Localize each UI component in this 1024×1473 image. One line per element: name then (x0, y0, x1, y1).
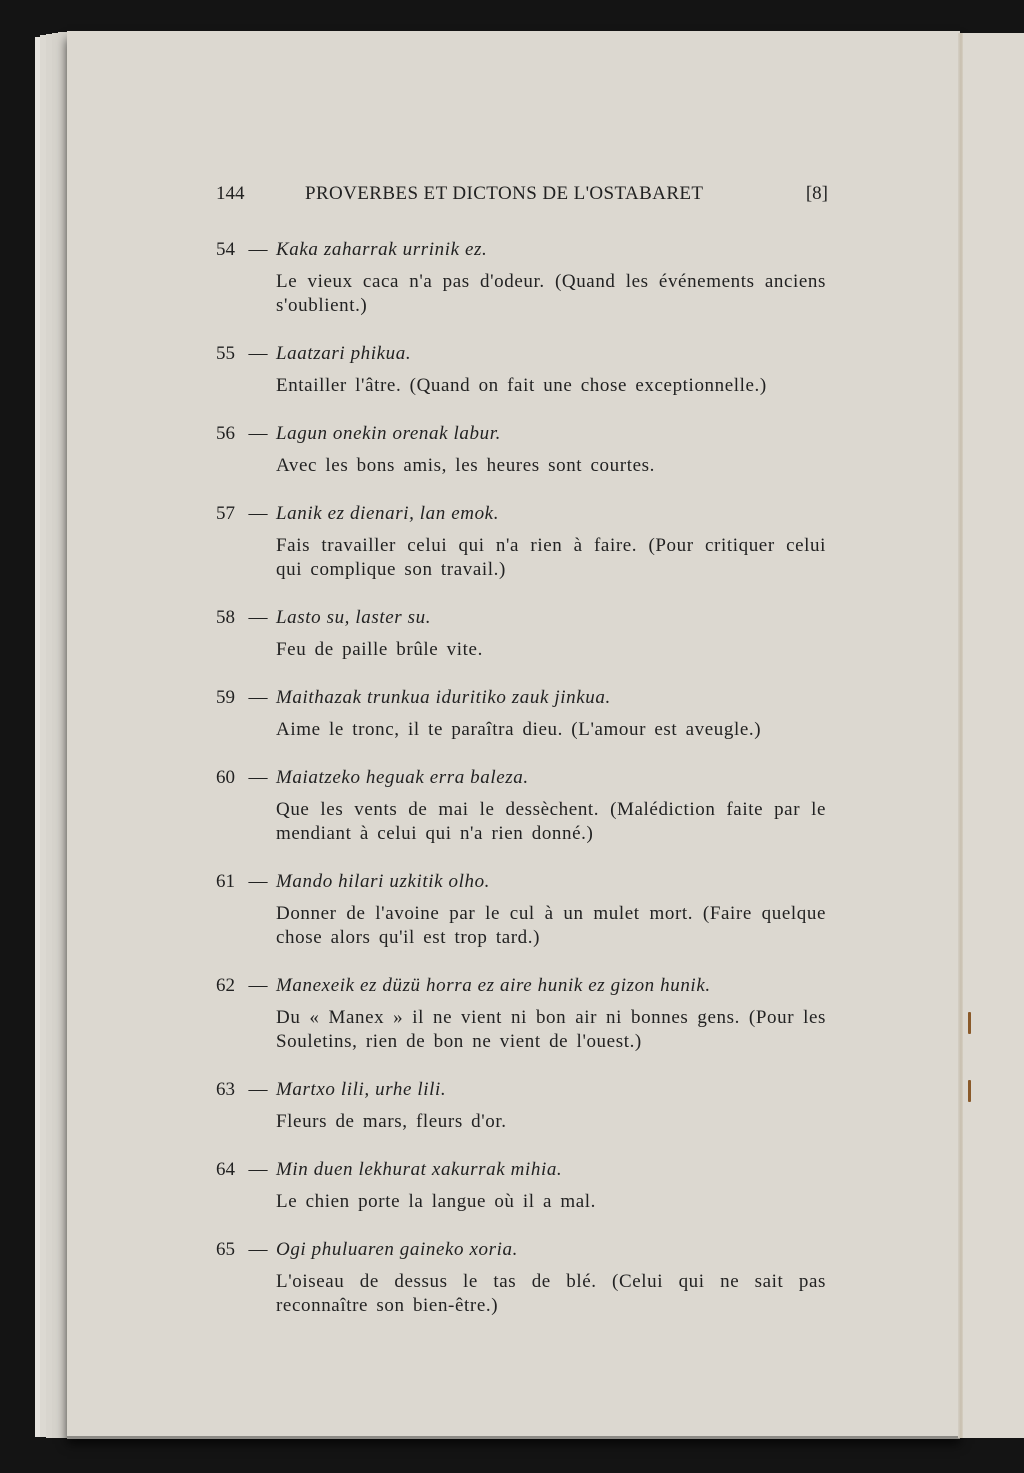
em-dash: — (240, 1158, 276, 1182)
proverb-number: 59 (216, 686, 240, 710)
em-dash: — (240, 686, 276, 710)
french-translation: Donner de l'avoine par le cul à un mulet… (276, 902, 826, 950)
french-translation: Avec les bons amis, les heures sont cour… (276, 454, 826, 478)
french-translation: Fais travailler celui qui n'a rien à fai… (276, 534, 826, 582)
proverb-number: 61 (216, 870, 240, 894)
em-dash: — (240, 1238, 276, 1262)
page-stain (968, 1012, 971, 1034)
basque-proverb: Lanik ez dienari, lan emok. (276, 503, 499, 524)
page-number: 144 (216, 183, 245, 205)
basque-proverb: Lasto su, laster su. (276, 607, 431, 628)
french-translation: Le vieux caca n'a pas d'odeur. (Quand le… (276, 270, 826, 318)
proverb-entry: 54—Kaka zaharrak urrinik ez. Le vieux ca… (216, 238, 826, 318)
facing-page (963, 33, 1024, 1438)
proverb-entry: 56—Lagun onekin orenak labur. Avec les b… (216, 422, 826, 478)
page-title: PROVERBES ET DICTONS DE L'OSTABARET (305, 183, 703, 205)
em-dash: — (240, 422, 276, 446)
french-translation: Aime le tronc, il te paraîtra dieu. (L'a… (276, 718, 826, 742)
proverb-entry: 58—Lasto su, laster su. Feu de paille br… (216, 606, 826, 662)
proverb-number: 62 (216, 974, 240, 998)
french-translation: Du « Manex » il ne vient ni bon air ni b… (276, 1006, 826, 1054)
basque-proverb: Maithazak trunkua iduritiko zauk jinkua. (276, 687, 611, 708)
em-dash: — (240, 974, 276, 998)
french-translation: L'oiseau de dessus le tas de blé. (Celui… (276, 1270, 826, 1318)
proverb-number: 64 (216, 1158, 240, 1182)
em-dash: — (240, 342, 276, 366)
proverb-number: 54 (216, 238, 240, 262)
proverb-number: 56 (216, 422, 240, 446)
page-stain (968, 1080, 971, 1102)
proverb-number: 58 (216, 606, 240, 630)
french-translation: Fleurs de mars, fleurs d'or. (276, 1110, 826, 1134)
proverb-number: 55 (216, 342, 240, 366)
basque-proverb: Ogi phuluaren gaineko xoria. (276, 1239, 518, 1260)
em-dash: — (240, 766, 276, 790)
proverb-number: 57 (216, 502, 240, 526)
french-translation: Que les vents de mai le dessèchent. (Mal… (276, 798, 826, 846)
em-dash: — (240, 1078, 276, 1102)
basque-proverb: Mando hilari uzkitik olho. (276, 871, 490, 892)
french-translation: Feu de paille brûle vite. (276, 638, 826, 662)
proverb-entry: 64—Min duen lekhurat xakurrak mihia. Le … (216, 1158, 826, 1214)
proverb-number: 65 (216, 1238, 240, 1262)
proverb-entry: 61—Mando hilari uzkitik olho. Donner de … (216, 870, 826, 950)
em-dash: — (240, 502, 276, 526)
french-translation: Le chien porte la langue où il a mal. (276, 1190, 826, 1214)
em-dash: — (240, 238, 276, 262)
section-number: [8] (806, 183, 828, 205)
basque-proverb: Laatzari phikua. (276, 343, 411, 364)
basque-proverb: Lagun onekin orenak labur. (276, 423, 501, 444)
basque-proverb: Manexeik ez düzü horra ez aire hunik ez … (276, 975, 711, 996)
proverb-entry: 62—Manexeik ez düzü horra ez aire hunik … (216, 974, 826, 1054)
em-dash: — (240, 870, 276, 894)
proverb-entry: 65—Ogi phuluaren gaineko xoria. L'oiseau… (216, 1238, 826, 1318)
proverb-entry: 59—Maithazak trunkua iduritiko zauk jink… (216, 686, 826, 742)
basque-proverb: Kaka zaharrak urrinik ez. (276, 239, 487, 260)
proverb-number: 60 (216, 766, 240, 790)
basque-proverb: Martxo lili, urhe lili. (276, 1079, 446, 1100)
proverb-entry: 63—Martxo lili, urhe lili. Fleurs de mar… (216, 1078, 826, 1134)
basque-proverb: Maiatzeko heguak erra baleza. (276, 767, 529, 788)
running-head: 144 PROVERBES ET DICTONS DE L'OSTABARET … (216, 183, 828, 209)
proverb-entry: 55—Laatzari phikua. Entailler l'âtre. (Q… (216, 342, 826, 398)
em-dash: — (240, 606, 276, 630)
french-translation: Entailler l'âtre. (Quand on fait une cho… (276, 374, 826, 398)
proverb-entry: 57—Lanik ez dienari, lan emok. Fais trav… (216, 502, 826, 582)
proverb-number: 63 (216, 1078, 240, 1102)
proverb-entry: 60—Maiatzeko heguak erra baleza. Que les… (216, 766, 826, 846)
basque-proverb: Min duen lekhurat xakurrak mihia. (276, 1159, 562, 1180)
proverb-list: 54—Kaka zaharrak urrinik ez. Le vieux ca… (216, 238, 826, 1342)
